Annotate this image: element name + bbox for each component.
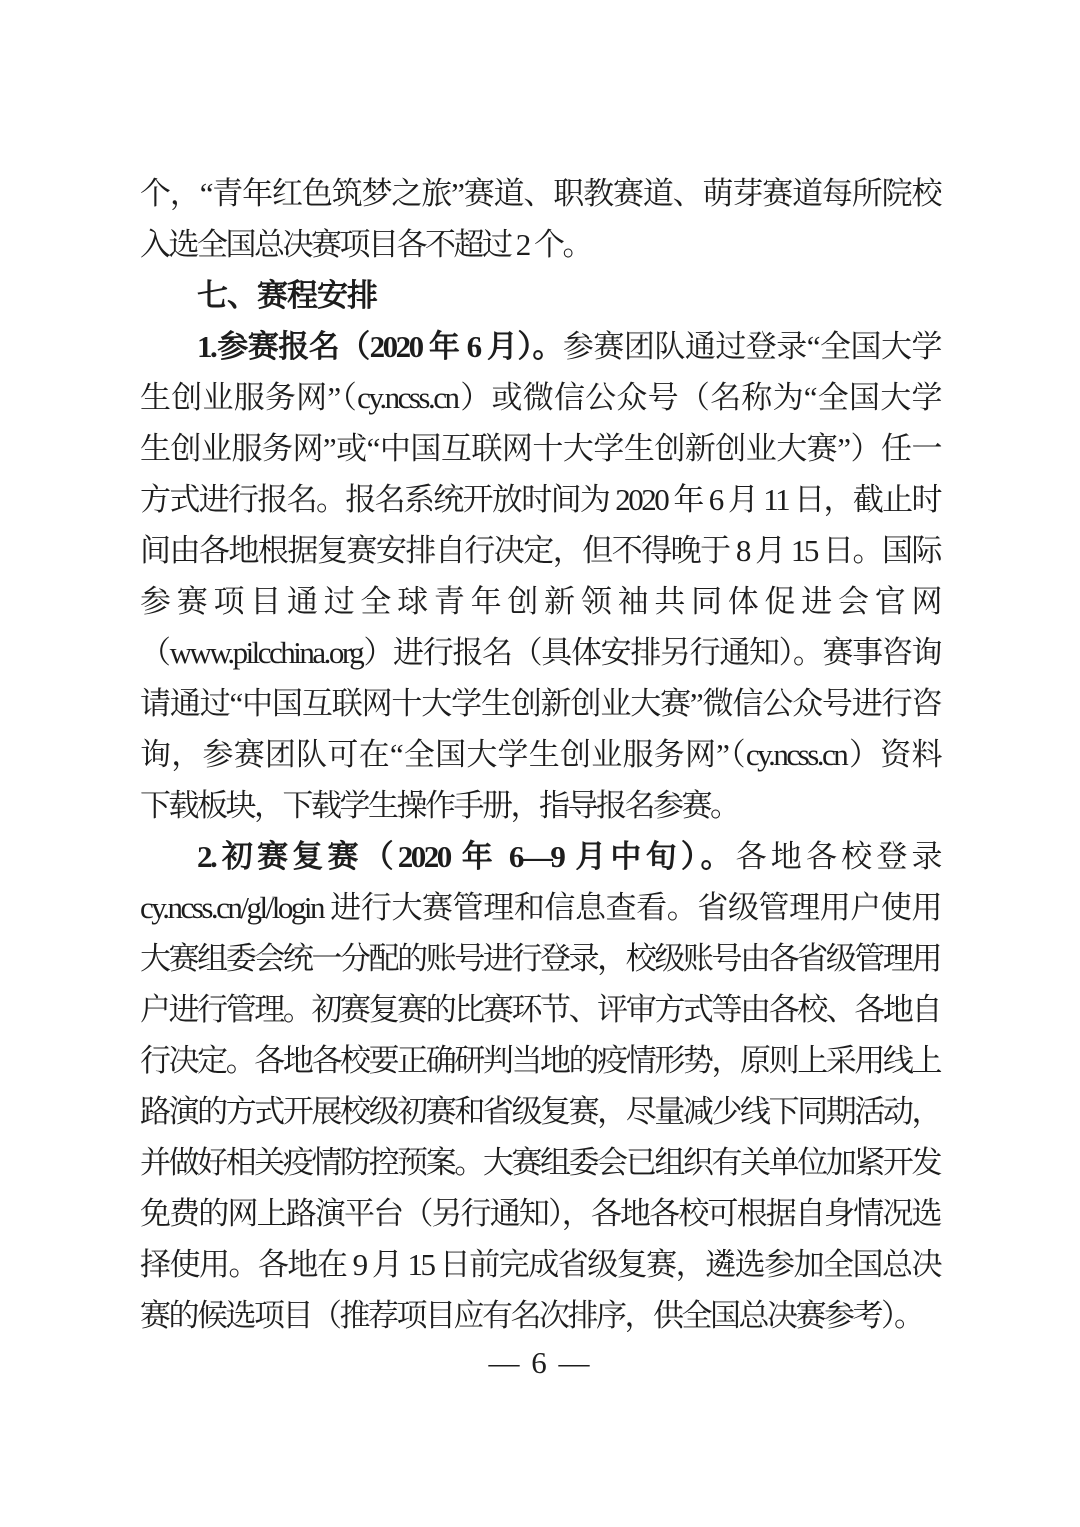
section-heading: 七、赛程安排	[140, 270, 940, 321]
text-line: 2.初赛复赛（2020 年 6—9 月中旬）。各地各校登录	[140, 831, 940, 882]
paragraph-lead: 1.参赛报名（2020 年 6 月）。	[197, 329, 563, 364]
text-line: 参赛项目通过全球青年创新领袖共同体促进会官网	[140, 576, 940, 627]
text-line: 赛的候选项目（推荐项目应有名次排序，供全国总决赛参考）。	[140, 1290, 940, 1341]
text-line: 并做好相关疫情防控预案。大赛组委会已组织有关单位加紧开发	[140, 1137, 940, 1188]
text-line: 择使用。各地在 9 月 15 日前完成省级复赛，遴选参加全国总决	[140, 1239, 940, 1290]
document-page: 个，“青年红色筑梦之旅”赛道、职教赛道、萌芽赛道每所院校 入选全国总决赛项目各不…	[0, 0, 1080, 1527]
text-line: 户进行管理。初赛复赛的比赛环节、评审方式等由各校、各地自	[140, 984, 940, 1035]
text-line: cy.ncss.cn/gl/login 进行大赛管理和信息查看。省级管理用户使用	[140, 882, 940, 933]
paragraph-text: 参赛团队通过登录“全国大学	[563, 329, 940, 364]
text-line: 间由各地根据复赛安排自行决定，但不得晚于 8 月 15 日。国际	[140, 525, 940, 576]
paragraph-text: 各地各校登录	[736, 839, 940, 874]
text-line: 个，“青年红色筑梦之旅”赛道、职教赛道、萌芽赛道每所院校	[140, 168, 940, 219]
text-line: 方式进行报名。报名系统开放时间为 2020 年 6 月 11 日，截止时	[140, 474, 940, 525]
text-line: 路演的方式开展校级初赛和省级复赛，尽量减少线下同期活动，	[140, 1086, 940, 1137]
text-line: 请通过“中国互联网十大学生创新创业大赛”微信公众号进行咨	[140, 678, 940, 729]
text-line: 大赛组委会统一分配的账号进行登录，校级账号由各省级管理用	[140, 933, 940, 984]
paragraph-lead: 2.初赛复赛（2020 年 6—9 月中旬）。	[197, 839, 736, 874]
text-line: 生创业服务网”或“中国互联网十大学生创新创业大赛”）任一	[140, 423, 940, 474]
text-line: 免费的网上路演平台（另行通知），各地各校可根据自身情况选	[140, 1188, 940, 1239]
page-number: — 6 —	[0, 1337, 1080, 1388]
text-line: 下载板块，下载学生操作手册，指导报名参赛。	[140, 780, 940, 831]
text-line: （www.pilcchina.org）进行报名（具体安排另行通知）。赛事咨询	[140, 627, 940, 678]
text-line: 行决定。各地各校要正确研判当地的疫情形势，原则上采用线上	[140, 1035, 940, 1086]
text-line: 生创业服务网”（cy.ncss.cn）或微信公众号（名称为“全国大学	[140, 372, 940, 423]
text-line: 1.参赛报名（2020 年 6 月）。参赛团队通过登录“全国大学	[140, 321, 940, 372]
document-body: 个，“青年红色筑梦之旅”赛道、职教赛道、萌芽赛道每所院校 入选全国总决赛项目各不…	[140, 168, 940, 1341]
text-line: 询，参赛团队可在“全国大学生创业服务网”（cy.ncss.cn）资料	[140, 729, 940, 780]
text-line: 入选全国总决赛项目各不超过 2 个。	[140, 219, 940, 270]
